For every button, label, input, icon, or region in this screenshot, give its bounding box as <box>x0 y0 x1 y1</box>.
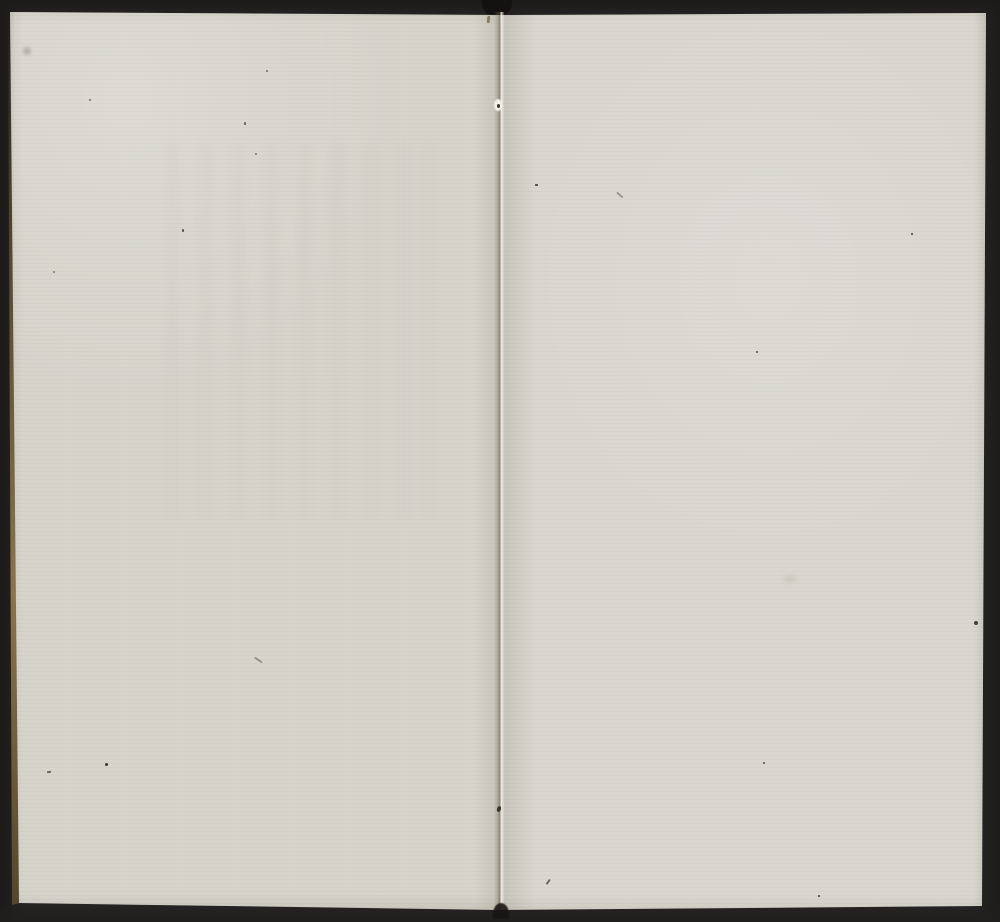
paper-speck <box>255 153 257 155</box>
paper-speck <box>266 70 268 72</box>
paper-fiber <box>546 879 551 885</box>
fold-speck <box>496 806 502 813</box>
paper-speck <box>763 762 765 764</box>
paper-speck <box>756 351 758 353</box>
paper-fiber <box>254 657 262 663</box>
paper-speck <box>89 99 91 101</box>
paper-speck <box>911 233 913 235</box>
paper-dash <box>47 771 51 773</box>
paper-speck <box>818 895 820 897</box>
paper-speck <box>105 763 108 766</box>
paper-speck <box>974 621 978 625</box>
paper-speck <box>535 184 538 186</box>
specks-layer <box>0 0 1000 922</box>
book-scan <box>0 0 1000 922</box>
paper-speck <box>53 271 55 273</box>
fold-nick-dot <box>497 104 500 108</box>
paper-speck <box>244 122 246 125</box>
paper-speck <box>182 229 184 232</box>
paper-smudge <box>783 575 797 583</box>
paper-fiber <box>616 192 623 198</box>
fold-top-tick <box>487 16 491 23</box>
paper-smudge <box>23 47 31 55</box>
